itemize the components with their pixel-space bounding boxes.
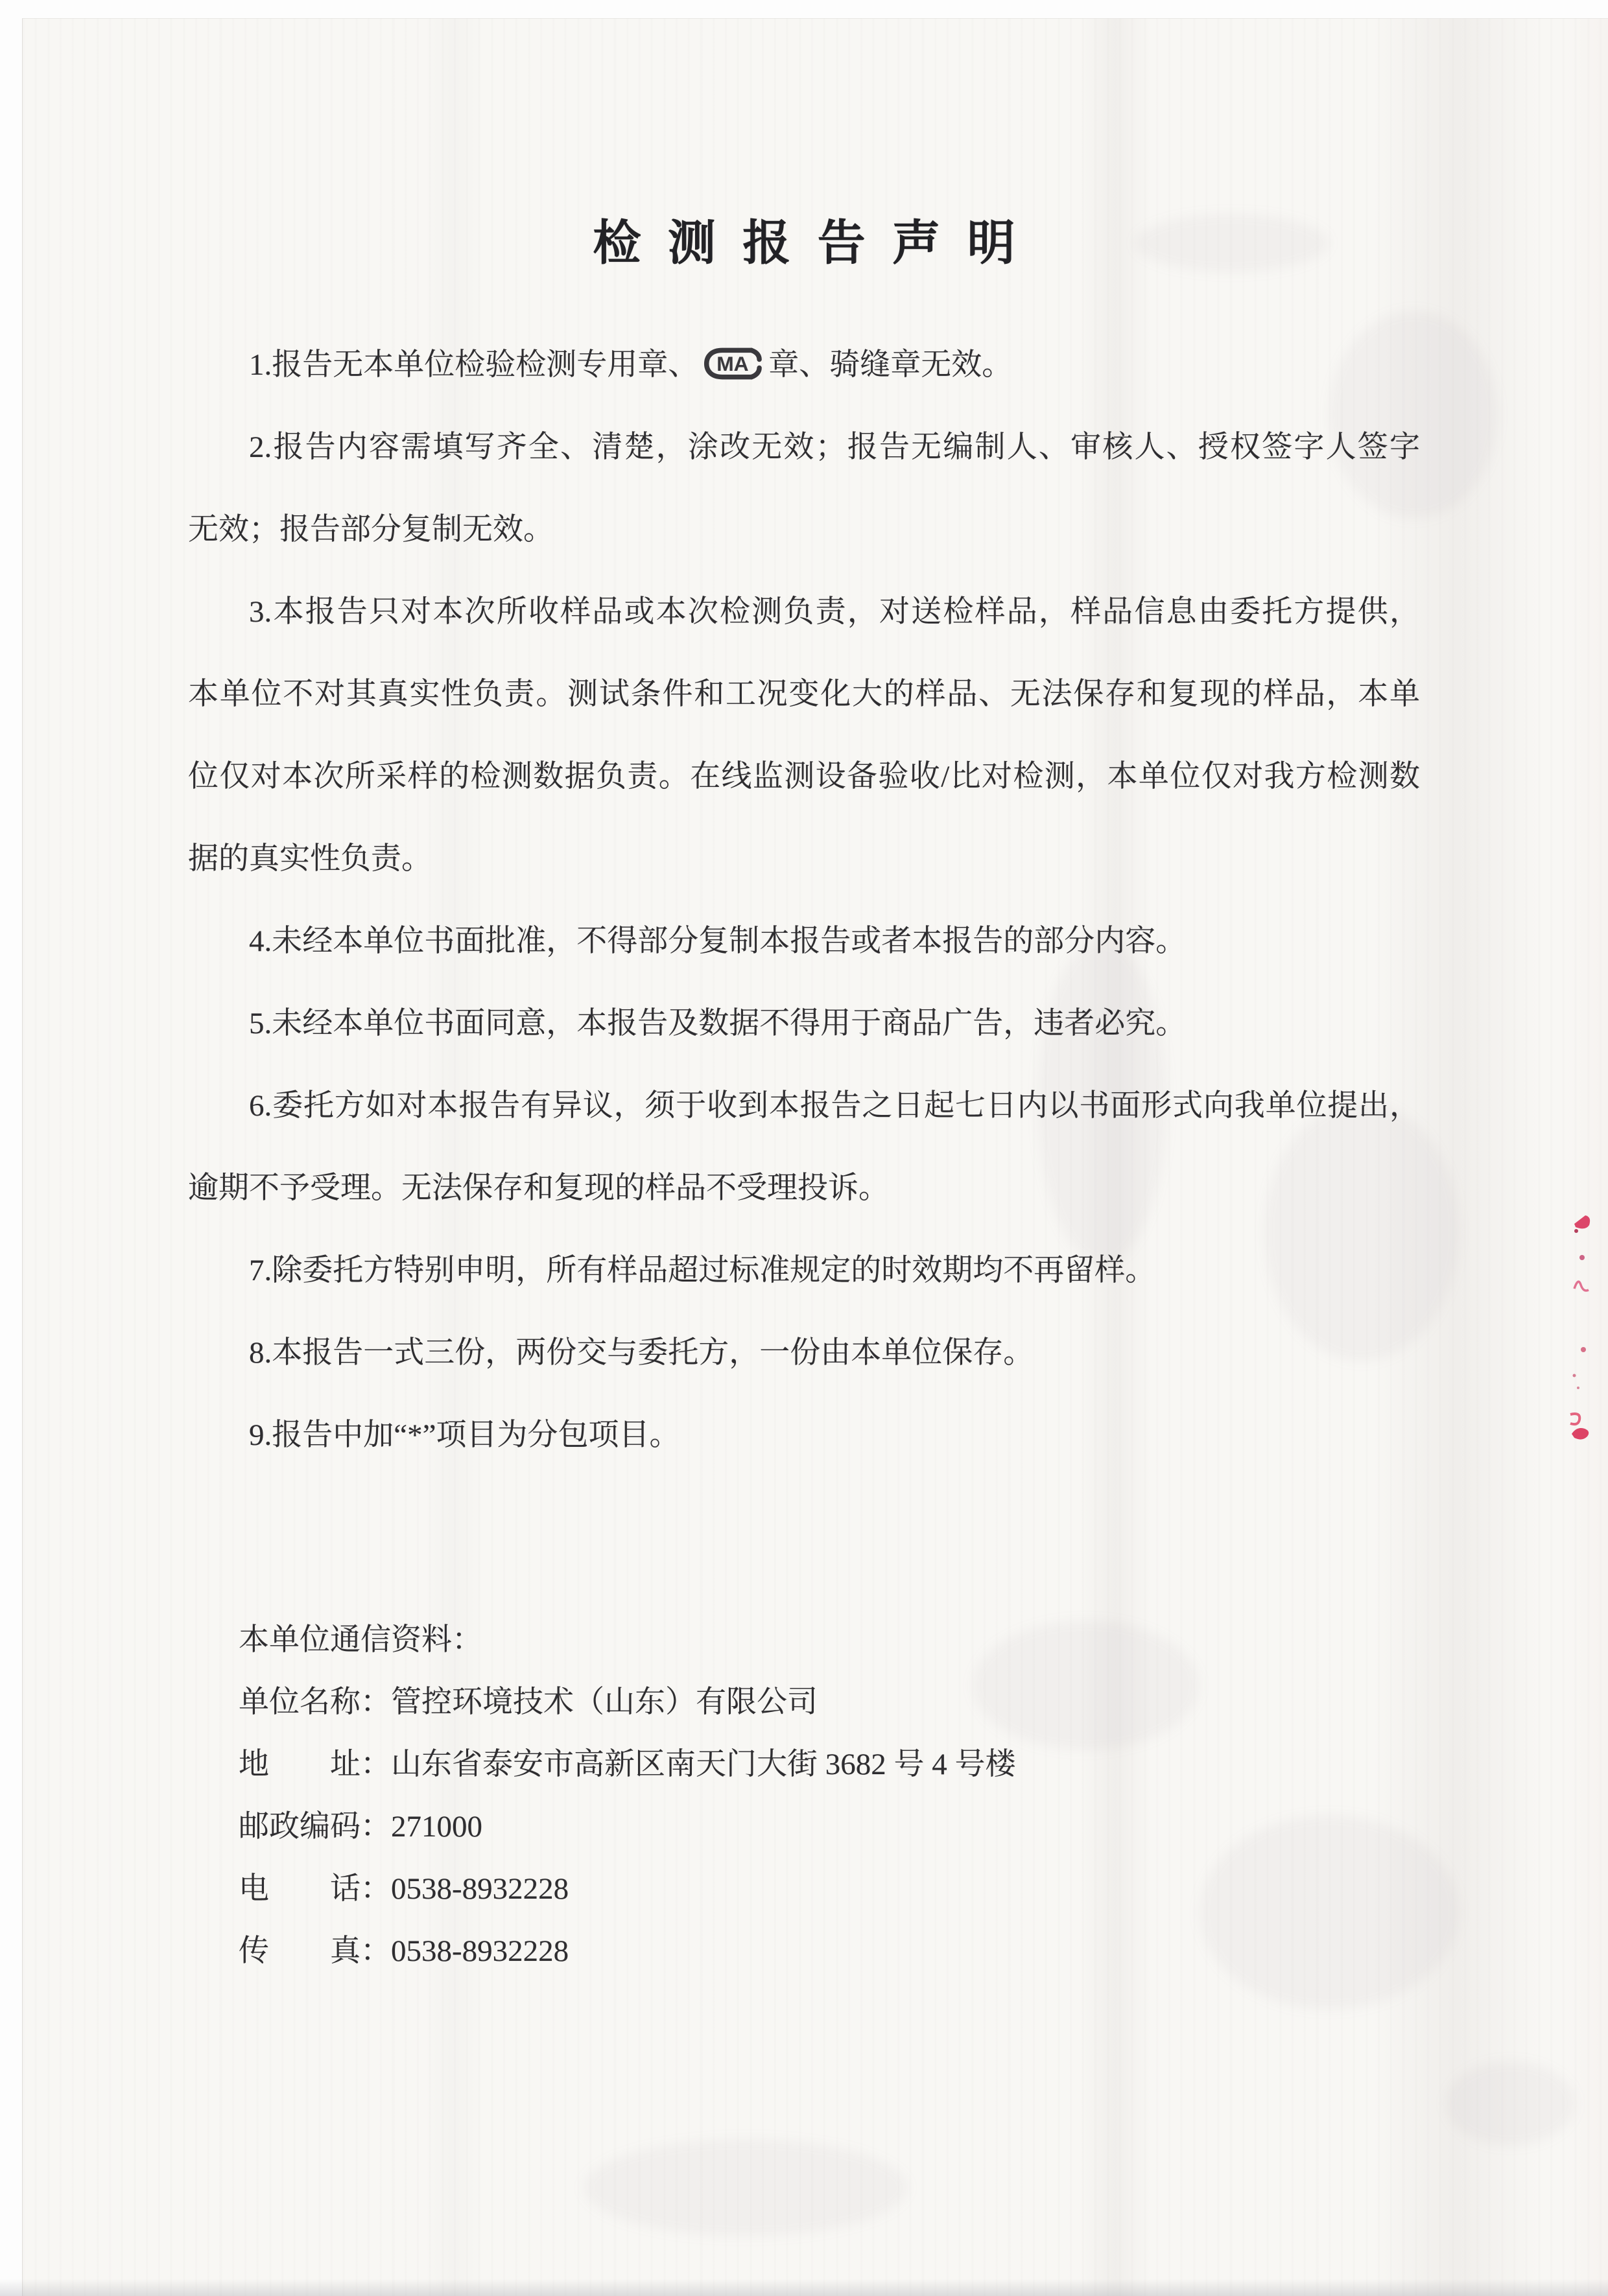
contact-value: 0538-8932228 [391, 1872, 569, 1906]
statement-item-2: 2.报告内容需填写齐全、清楚，涂改无效；报告无编制人、审核人、授权签字人签字 无… [188, 406, 1420, 571]
statement-list: 1.报告无本单位检验检测专用章、 MA 章、骑缝章无效。 2.报告内容需填写齐全… [188, 324, 1420, 1477]
contact-row-address: 地 址：山东省泰安市高新区南天门大街 3682 号 4 号楼 [239, 1733, 1016, 1796]
contact-row-postcode: 邮政编码：271000 [239, 1796, 1016, 1858]
cma-logo-icon: MA [701, 345, 763, 382]
statement-item-9: 9.报告中加“*”项目为分包项目。 [188, 1394, 1420, 1477]
contact-label: 邮政编码： [239, 1810, 391, 1844]
statement-line: 无效；报告部分复制无效。 [188, 489, 1420, 571]
statement-item-1: 1.报告无本单位检验检测专用章、 MA 章、骑缝章无效。 [188, 324, 1420, 406]
statement-line: 位仅对本次所采样的检测数据负责。在线监测设备验收/比对检测，本单位仅对我方检测数 [188, 736, 1420, 818]
contact-value: 管控环境技术（山东）有限公司 [391, 1685, 818, 1719]
statement-line: 2.报告内容需填写齐全、清楚，涂改无效；报告无编制人、审核人、授权签字人签字 [188, 406, 1420, 489]
statement-line: 3.本报告只对本次所收样品或本次检测负责，对送检样品，样品信息由委托方提供， [188, 571, 1420, 653]
scan-streak [1566, 19, 1608, 2296]
contact-value: 0538-8932228 [391, 1934, 569, 1968]
page-title: 检测报告声明 [0, 219, 1608, 268]
cma-logo-text: MA [716, 352, 748, 375]
scan-edge-shadow [0, 2279, 1608, 2296]
contact-row-phone: 电 话：0538-8932228 [239, 1858, 1016, 1920]
statement-line: 6.委托方如对本报告有异议，须于收到本报告之日起七日内以书面形式向我单位提出， [188, 1065, 1420, 1147]
statement-item-5: 5.未经本单位书面同意，本报告及数据不得用于商品广告，违者必究。 [188, 983, 1420, 1065]
statement-item-1-pre: 1.报告无本单位检验检测专用章、 [249, 348, 698, 382]
contact-value: 271000 [391, 1810, 482, 1844]
contact-label: 单位名称： [239, 1685, 391, 1719]
contact-label: 电 话： [239, 1872, 391, 1906]
contact-label: 传 真： [239, 1934, 391, 1968]
statement-item-7: 7.除委托方特别申明，所有样品超过标准规定的时效期均不再留样。 [188, 1230, 1420, 1312]
contact-value: 山东省泰安市高新区南天门大街 3682 号 4 号楼 [391, 1748, 1016, 1781]
statement-item-3: 3.本报告只对本次所收样品或本次检测负责，对送检样品，样品信息由委托方提供， 本… [188, 571, 1420, 900]
contact-row-company: 单位名称：管控环境技术（山东）有限公司 [239, 1671, 1016, 1733]
contact-info: 本单位通信资料： 单位名称：管控环境技术（山东）有限公司 地 址：山东省泰安市高… [239, 1609, 1016, 1982]
contact-row-fax: 传 真：0538-8932228 [239, 1920, 1016, 1982]
statement-item-6: 6.委托方如对本报告有异议，须于收到本报告之日起七日内以书面形式向我单位提出， … [188, 1065, 1420, 1230]
statement-line: 据的真实性负责。 [188, 818, 1420, 900]
statement-item-4: 4.未经本单位书面批准，不得部分复制本报告或者本报告的部分内容。 [188, 900, 1420, 983]
statement-item-1-post: 章、骑缝章无效。 [768, 348, 1012, 382]
statement-line: 逾期不予受理。无法保存和复现的样品不受理投诉。 [188, 1147, 1420, 1230]
statement-item-8: 8.本报告一式三份，两份交与委托方，一份由本单位保存。 [188, 1312, 1420, 1394]
contact-heading: 本单位通信资料： [239, 1609, 1016, 1671]
statement-line: 本单位不对其真实性负责。测试条件和工况变化大的样品、无法保存和复现的样品，本单 [188, 653, 1420, 736]
contact-label: 地 址： [239, 1748, 391, 1781]
scanned-page: 检测报告声明 1.报告无本单位检验检测专用章、 MA 章、骑缝章无效。 2.报告… [0, 0, 1608, 2296]
